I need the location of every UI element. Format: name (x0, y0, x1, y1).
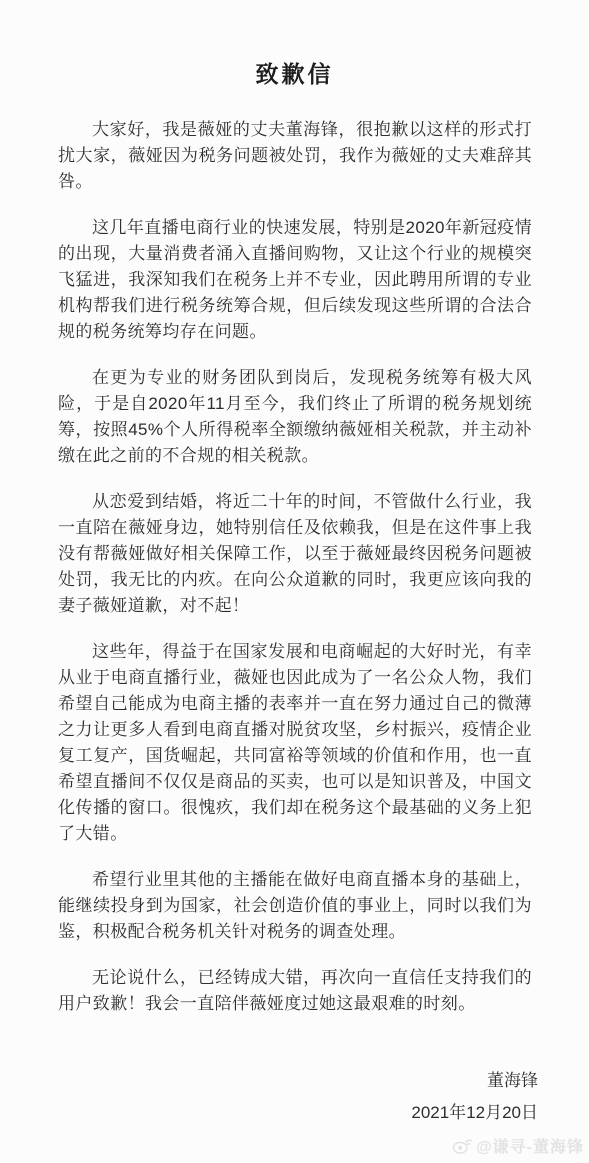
paragraph-greeting: 大家好，我是薇娅的丈夫董海锋，很抱歉以这样的形式打扰大家，薇娅因为税务问题被处罚… (58, 117, 532, 195)
paragraph-hope-for-industry: 希望行业里其他的主播能在做好电商直播本身的基础上，能继续投身到为国家，社会创造价… (58, 867, 532, 945)
signature-name: 董海锋 (0, 1065, 538, 1097)
paragraph-tax-fix: 在更为专业的财务团队到岗后，发现税务统筹有极大风险，于是自2020年11月至今，… (58, 365, 532, 469)
letter-body: 大家好，我是薇娅的丈夫董海锋，很抱歉以这样的形式打扰大家，薇娅因为税务问题被处罚… (58, 117, 532, 1017)
letter-title: 致歉信 (0, 0, 589, 89)
apology-letter-page: 致歉信 大家好，我是薇娅的丈夫董海锋，很抱歉以这样的形式打扰大家，薇娅因为税务问… (0, 0, 589, 1163)
signature-date: 2021年12月20日 (0, 1097, 538, 1129)
weibo-logo-icon (451, 1137, 473, 1155)
weibo-watermark: @谦寻-董海锋 (451, 1134, 584, 1157)
signature-block: 董海锋 2021年12月20日 (0, 1065, 538, 1129)
paragraph-closing: 无论说什么，已经铸成大错，再次向一直信任支持我们的用户致歉！我会一直陪伴薇娅度过… (58, 965, 532, 1017)
paragraph-apology-to-wife: 从恋爱到结婚，将近二十年的时间，不管做什么行业，我一直陪在薇娅身边，她特别信任及… (58, 489, 532, 619)
paragraph-career-reflection: 这些年，得益于在国家发展和电商崛起的大好时光，有幸从业于电商直播行业，薇娅也因此… (58, 639, 532, 847)
paragraph-industry: 这几年直播电商行业的快速发展，特别是2020年新冠疫情的出现，大量消费者涌入直播… (58, 215, 532, 345)
watermark-text: @谦寻-董海锋 (476, 1134, 584, 1157)
